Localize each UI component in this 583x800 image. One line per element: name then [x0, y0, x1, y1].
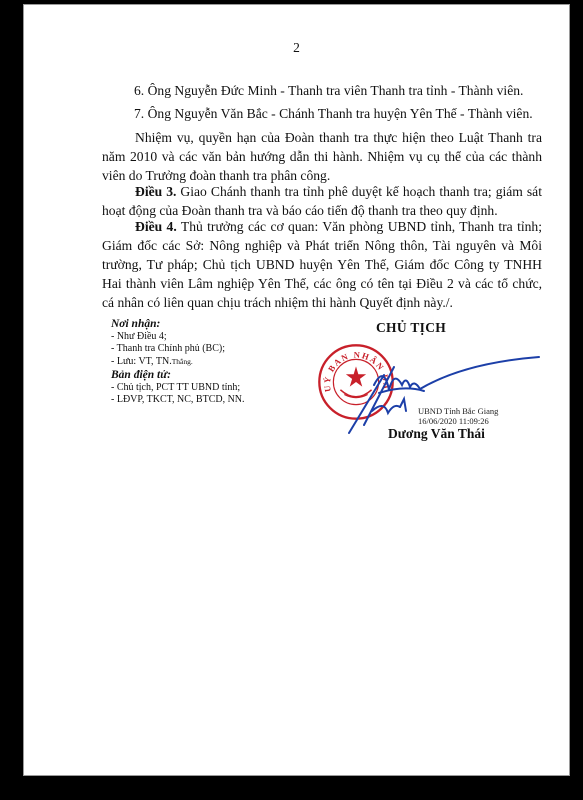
page-number: 2: [24, 40, 569, 56]
electronic-heading: Bản điện tử:: [111, 368, 245, 382]
document-page: 2 6. Ông Nguyễn Đức Minh - Thanh tra viê…: [23, 4, 570, 776]
signer-title: CHỦ TỊCH: [376, 320, 446, 336]
recipient-item: - Thanh tra Chính phủ (BC);: [111, 343, 245, 355]
article-3-label: Điều 3.: [135, 184, 176, 199]
article-4-label: Điều 4.: [135, 219, 177, 234]
recipient-archive: - Lưu: VT, TN.Thắng.: [111, 356, 245, 368]
recipients-heading: Nơi nhận:: [111, 317, 245, 331]
signer-name: Dương Văn Thái: [388, 426, 485, 442]
article-3: Điều 3. Giao Chánh thanh tra tỉnh phê du…: [102, 182, 542, 220]
member-7: 7. Ông Nguyễn Văn Bắc - Chánh Thanh tra …: [134, 106, 533, 122]
recipients-block: Nơi nhận: - Như Điều 4; - Thanh tra Chín…: [111, 317, 245, 406]
digital-timestamp: 16/06/2020 11:09:26: [418, 417, 498, 427]
article-4: Điều 4. Thủ trưởng các cơ quan: Văn phòn…: [102, 217, 542, 312]
member-6: 6. Ông Nguyễn Đức Minh - Thanh tra viên …: [134, 83, 523, 99]
electronic-item: - Chủ tịch, PCT TT UBND tỉnh;: [111, 382, 245, 394]
recipient-item: - Như Điều 4;: [111, 331, 245, 343]
duties-text: Nhiệm vụ, quyền hạn của Đoàn thanh tra t…: [102, 128, 542, 185]
electronic-item: - LĐVP, TKCT, NC, BTCD, NN.: [111, 394, 245, 406]
digital-signature-info: UBND Tỉnh Bắc Giang 16/06/2020 11:09:26: [418, 407, 498, 426]
duties-paragraph: Nhiệm vụ, quyền hạn của Đoàn thanh tra t…: [102, 128, 542, 185]
